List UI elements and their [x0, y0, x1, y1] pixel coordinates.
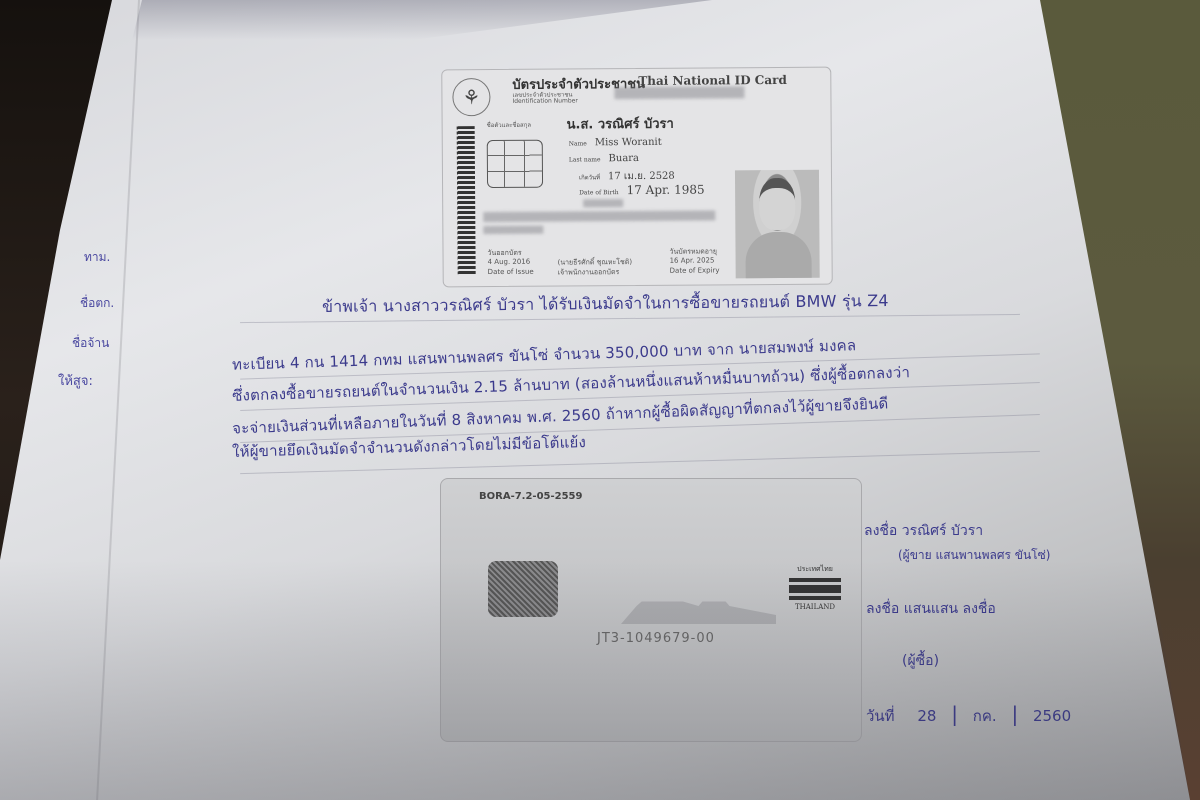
margin-note-2: ชื่อตก.	[80, 294, 114, 313]
expiry-date: 16 Apr. 2025	[670, 256, 715, 264]
name-label-en: Name	[569, 140, 587, 147]
name-label-th: ชื่อตัวและชื่อสกุล	[487, 120, 531, 130]
dob-th: 17 เม.ย. 2528	[608, 171, 675, 182]
shadow-bottom	[0, 560, 1200, 800]
dob-label-th: เกิดวันที่	[579, 174, 600, 181]
dob-label-en: Date of Birth	[579, 189, 619, 196]
margin-note-3: ชื่อจ้าน	[72, 334, 109, 353]
lastname-label-en: Last name	[569, 156, 601, 163]
barcode	[457, 126, 476, 274]
id-card-copy: ⚘ บัตรประจำตัวประชาชน Thai National ID C…	[441, 67, 833, 288]
address-redacted-2	[483, 210, 715, 222]
chip-icon	[487, 140, 543, 188]
id-number-redacted	[614, 86, 744, 99]
name-en-row: NameMiss Woranit	[569, 137, 662, 149]
seller-signature: ลงชื่อ วรณิศร์ บัวรา	[864, 520, 983, 542]
expiry-label-en: Date of Expiry	[670, 266, 720, 274]
officer-role: เจ้าพนักงานออกบัตร	[558, 267, 620, 278]
lastname-en: Buara	[608, 153, 639, 164]
dob-en-row: Date of Birth17 Apr. 1985	[579, 183, 705, 198]
name-en: Miss Woranit	[595, 137, 662, 148]
id-photo	[735, 170, 820, 279]
margin-note-1: ทาม.	[84, 248, 110, 267]
issue-date: 4 Aug. 2016	[488, 258, 531, 266]
garuda-emblem-icon: ⚘	[452, 78, 490, 116]
address-redacted-3	[483, 226, 543, 234]
address-redacted-1	[583, 199, 623, 207]
dob-en: 17 Apr. 1985	[627, 183, 705, 198]
issue-label-en: Date of Issue	[488, 268, 534, 276]
lastname-row: Last nameBuara	[569, 153, 639, 164]
name-th: น.ส. วรณิศร์ บัวรา	[567, 113, 674, 135]
card-back-code: BORA-7.2-05-2559	[479, 491, 582, 502]
margin-note-4: ให้สูจ:	[58, 370, 93, 391]
id-number-label-en: Identification Number	[512, 97, 577, 104]
